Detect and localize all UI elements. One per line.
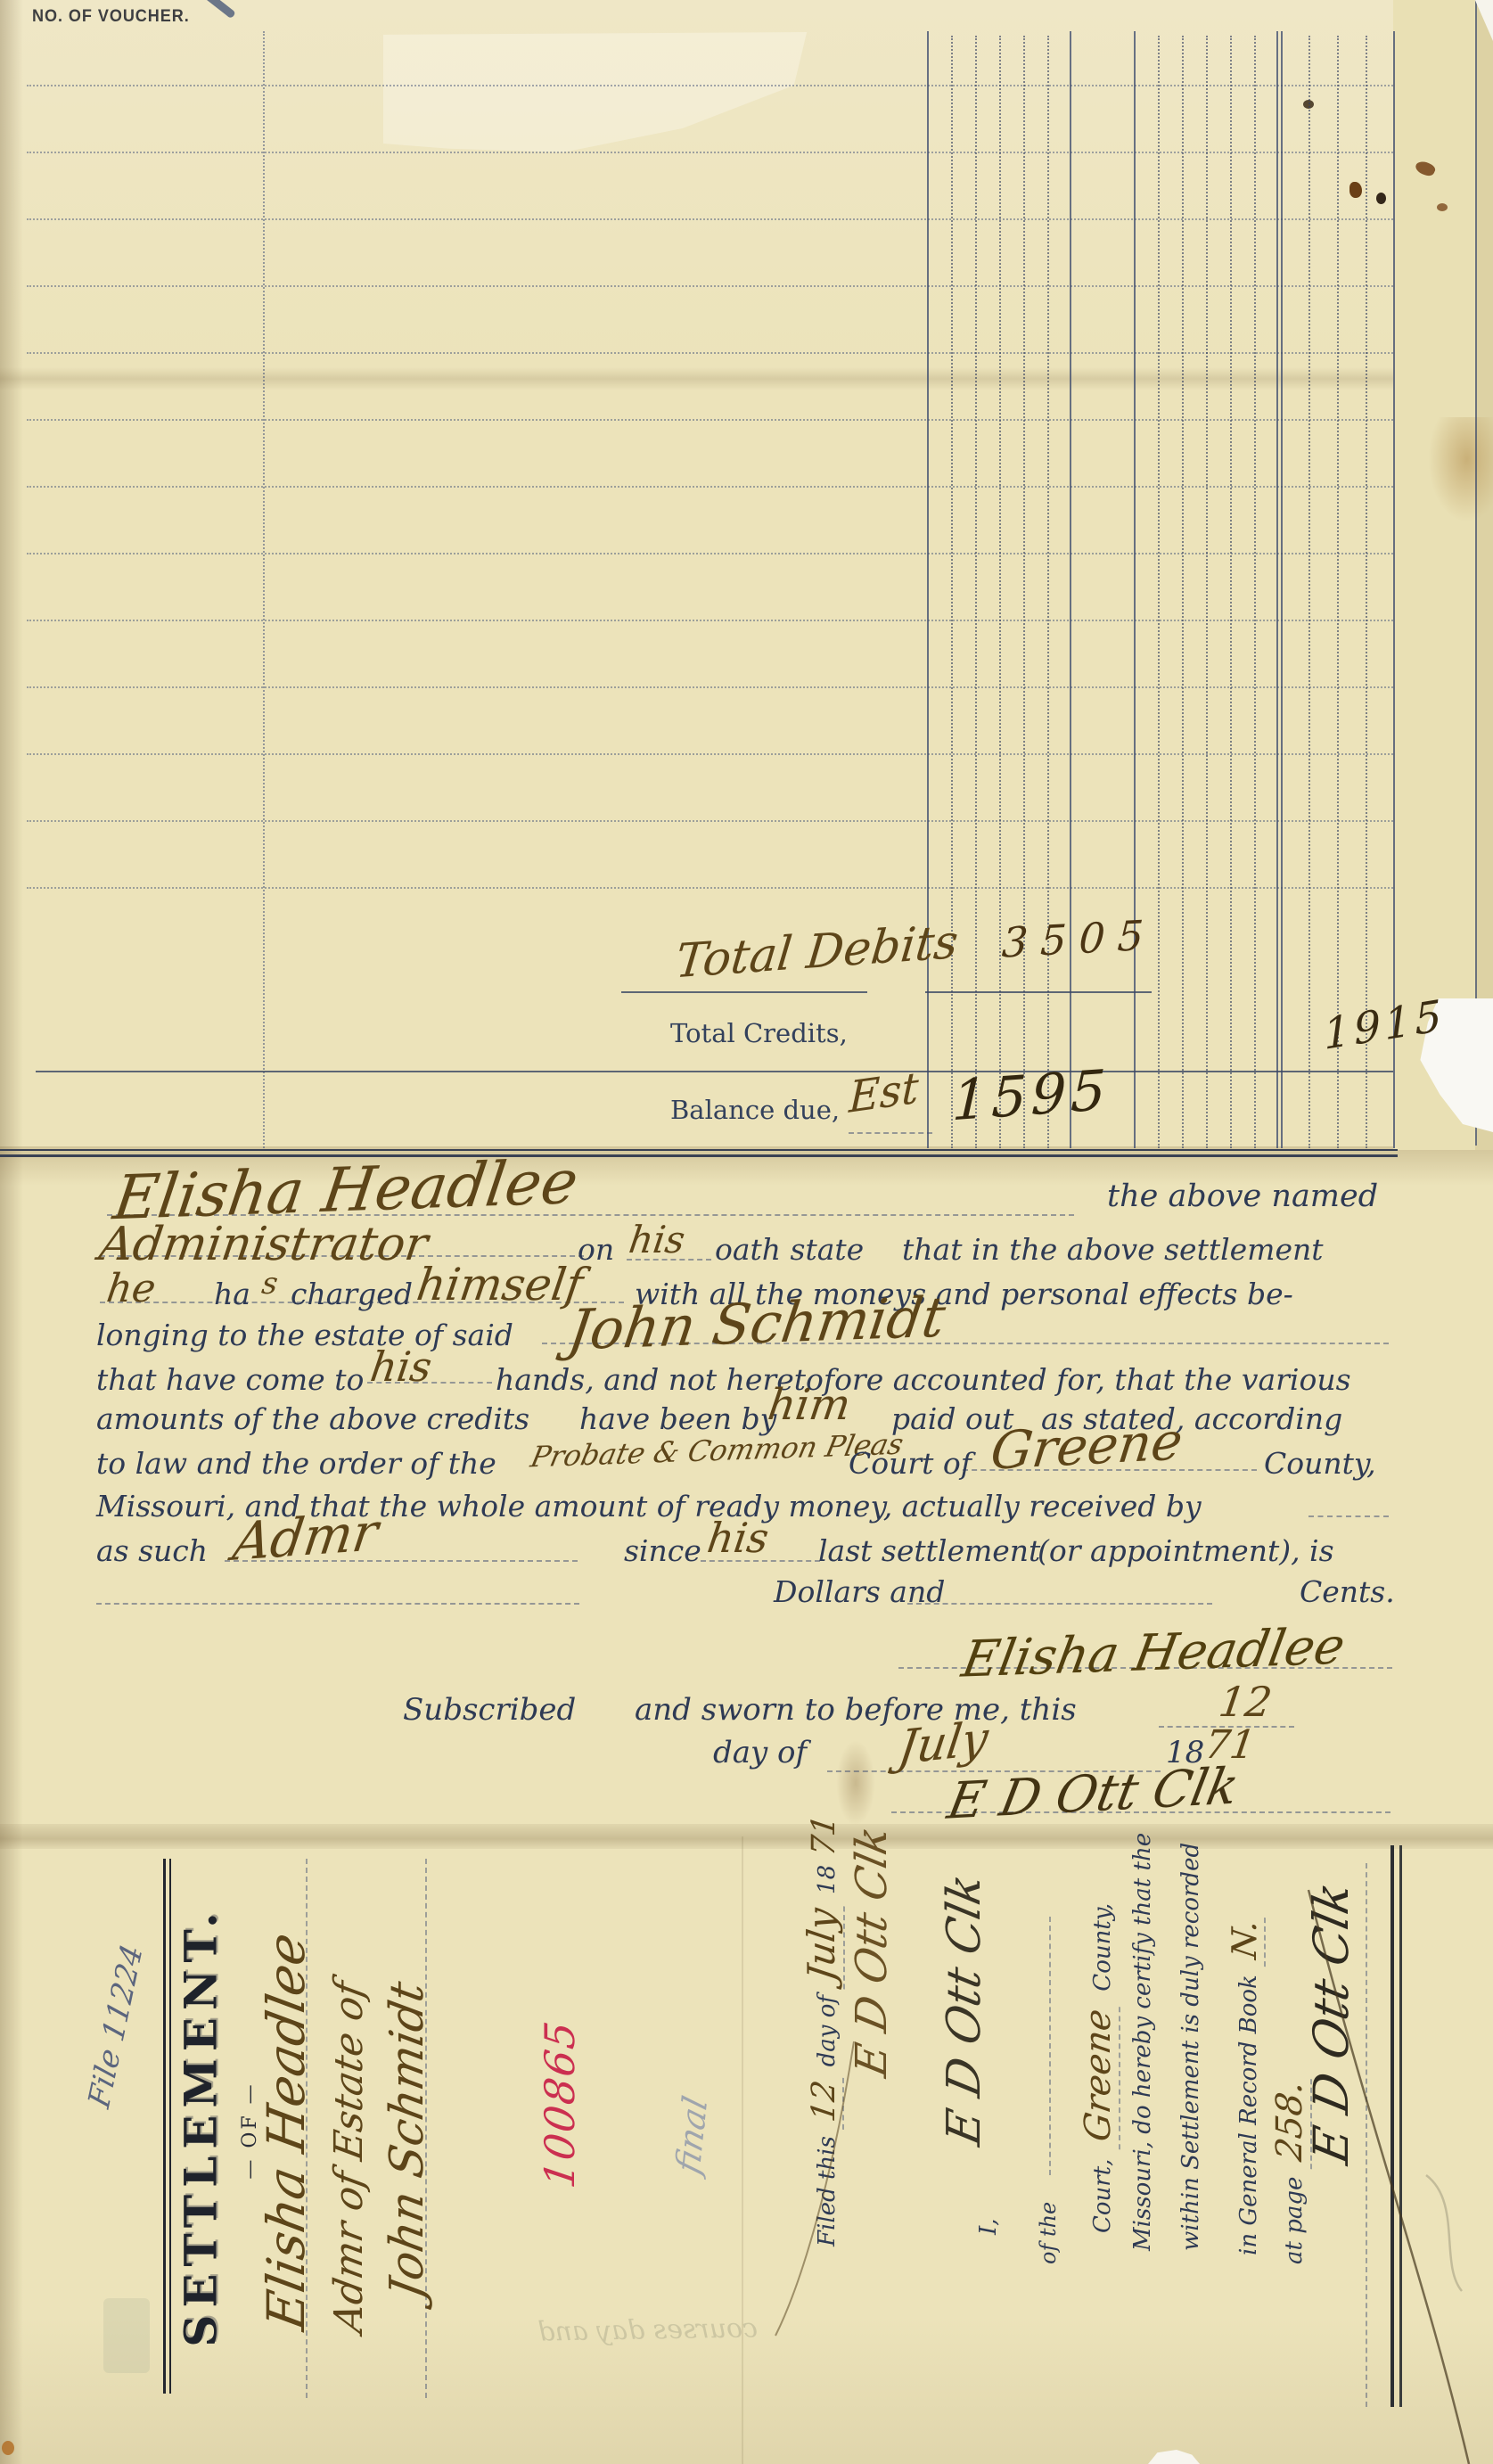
record-book-handwritten: N. — [1225, 1912, 1266, 1967]
affidavit-line7b: Court of — [849, 1446, 972, 1481]
amount-subcolumn-line — [999, 36, 1001, 1148]
cert-ofthe-print: of the — [1036, 2166, 1062, 2264]
sworn-line-1: Subscribed — [403, 1692, 576, 1728]
total-rule-line — [36, 1071, 1393, 1072]
section-double-rule — [0, 1149, 1398, 1151]
filed-middle-print: day of — [814, 1995, 841, 2066]
ledger-row-line — [27, 486, 1393, 488]
ledger-row-line — [27, 352, 1393, 354]
cert-final-signature: E D Ott Clk — [1303, 1839, 1366, 2209]
amount-subcolumn-line — [1206, 36, 1208, 1148]
file-number-handwritten: File 11224 — [78, 1920, 154, 2131]
total-debits-label-handwritten: Total Debits — [673, 916, 961, 990]
amount-subcolumn-line — [1158, 36, 1160, 1148]
himself-handwritten: himself — [414, 1259, 587, 1310]
clerk-signature: E D Ott Clk — [943, 1757, 1243, 1831]
cert-clerk-signature: E D Ott Clk — [938, 1835, 997, 2186]
fill-in-underline — [1308, 1515, 1389, 1517]
amount-subcolumn-line — [951, 36, 953, 1148]
affidavit-line6a: amounts of the above credits — [96, 1401, 529, 1436]
cert-court-print: Court, — [1089, 2159, 1116, 2233]
sworn-line-2: and sworn to before me, this — [635, 1692, 1077, 1728]
right-sheet-edge — [1475, 0, 1493, 1150]
amount-subcolumn-line — [1230, 36, 1232, 1148]
endorsement-title: SETTLEMENT. — [175, 1870, 237, 2383]
filed-clerk-signature: E D Ott Clk — [847, 1812, 904, 2092]
fill-in-underline — [96, 1603, 579, 1605]
balance-due-label: Balance due, — [670, 1095, 840, 1125]
endorsement-border-rule-b — [1399, 1845, 1402, 2407]
total-rule-line — [621, 991, 867, 993]
affidavit-line7a: to law and the order of the — [96, 1446, 496, 1481]
affidavit-line9d: (or appointment), is — [1038, 1533, 1334, 1568]
affidavit-signature: Elisha Headlee — [957, 1617, 1349, 1688]
amount-column-border — [1393, 31, 1395, 1148]
stain-speck-bottom-left — [2, 2441, 14, 2455]
affidavit-line5a: that have come to — [96, 1362, 364, 1397]
amount-subcolumn-line — [1308, 36, 1310, 1148]
amount-subcolumn-line — [1182, 36, 1184, 1148]
amount-column-border — [1070, 31, 1071, 1148]
amount-subcolumn-line — [1047, 36, 1049, 1148]
endorsement-writing-line — [1049, 1917, 1051, 2175]
ledger-row-line — [27, 820, 1393, 822]
affidavit-line6b: have been by — [579, 1401, 776, 1436]
total-credits-label: Total Credits, — [670, 1018, 848, 1048]
amount-subcolumn-line — [1337, 36, 1339, 1148]
red-stamp-number: 100865 — [536, 1993, 582, 2213]
role-handwritten: Administrator — [96, 1218, 431, 1271]
affidavit-line3b: charged — [291, 1277, 413, 1311]
role-2-handwritten: Admr — [229, 1501, 381, 1573]
ledger-row-line — [27, 620, 1393, 621]
bleedthrough-text: courses day and — [383, 2312, 759, 2354]
affidavit-line2b: oath state — [715, 1232, 864, 1267]
amount-subcolumn-line — [1254, 36, 1256, 1148]
amount-subcolumn-line — [1023, 36, 1025, 1148]
amount-column-border — [1281, 31, 1283, 1148]
total-debits-amount: 3505 — [1001, 910, 1158, 966]
vertical-crease-bottom — [742, 1836, 743, 2464]
ledger-row-line — [27, 285, 1393, 287]
ledger-row-line — [27, 152, 1393, 153]
stain-speck-2 — [1376, 193, 1386, 204]
cert-line2-print: Missouri, do hereby certify that the — [1129, 1841, 1160, 2251]
inserted-s-handwritten: s — [259, 1266, 280, 1302]
stain-tan-right — [1428, 417, 1493, 522]
endorsement-party-handwritten: Elisha Headlee — [256, 1877, 318, 2386]
cert-i-print: I, — [975, 2190, 1004, 2235]
scanned-settlement-document: NO. OF VOUCHER. Total Debits 3505 Total … — [0, 0, 1493, 2464]
affidavit-line9b: since — [624, 1533, 701, 1568]
county-name-handwritten: Greene — [988, 1410, 1186, 1482]
filed-year-handwritten: 71 — [806, 1812, 842, 1859]
filed-prefix-print: Filed this — [814, 2136, 841, 2246]
affidavit-line7c: County, — [1264, 1446, 1376, 1481]
cert-county-print: County, — [1089, 1903, 1116, 1992]
left-edge-shadow — [0, 0, 23, 2464]
fill-in-underline — [849, 1132, 932, 1134]
sheet-edge-line — [1475, 0, 1477, 1146]
endorsement-role-handwritten: Admr of Estate of — [326, 1903, 376, 2411]
cert-line4-print: in General Record Book — [1235, 1975, 1262, 2255]
filed-line: Filed this 12 day of July 18 71 — [800, 1854, 841, 2246]
filed-day-handwritten: 12 — [806, 2073, 844, 2130]
fold-crease — [0, 367, 1493, 390]
section-double-rule — [0, 1154, 1398, 1157]
amount-column-border — [1134, 31, 1136, 1148]
sworn-day-handwritten: 12 — [1216, 1678, 1275, 1726]
pencil-note-handwritten: final — [665, 2054, 719, 2215]
him-handwritten: him — [765, 1380, 854, 1430]
month-handwritten: July — [895, 1712, 991, 1776]
stain-speck-4 — [1437, 203, 1448, 211]
endorsement-estate-handwritten: John Schmidt — [381, 1895, 436, 2386]
filed-month-handwritten: July — [800, 1900, 845, 1989]
voucher-column-line — [263, 31, 265, 1148]
fill-in-underline — [907, 1603, 1212, 1605]
affidavit-line9a: as such — [96, 1533, 208, 1568]
cert-page-line: at page 258. — [1269, 2050, 1305, 2264]
balance-due-amount: 1595 — [951, 1057, 1112, 1134]
cert-court-line: Court, Greene County, — [1078, 1850, 1110, 2233]
filed-year-print: 18 — [814, 1865, 841, 1894]
amount-column-border — [927, 31, 929, 1148]
stain-smudge-clerk — [836, 1740, 875, 1826]
his-3-handwritten: his — [704, 1514, 772, 1562]
ledger-row-line — [27, 419, 1393, 421]
endorsement-border-rule-a — [1390, 1845, 1394, 2407]
affidavit-line2c: that in the above settlement — [902, 1232, 1324, 1267]
title-double-rule-a — [163, 1859, 166, 2394]
affidavit-line1-print: the above named — [1107, 1179, 1378, 1214]
ledger-row-line — [27, 553, 1393, 554]
amount-subcolumn-line — [1366, 36, 1367, 1148]
ledger-row-line — [27, 887, 1393, 889]
he-handwritten: he — [103, 1266, 159, 1311]
balance-due-annotation: Est — [848, 1063, 919, 1123]
affidavit-line4: longing to the estate of said — [96, 1318, 513, 1352]
fold-band-lower — [0, 1824, 1493, 1849]
ledger-row-line — [27, 218, 1393, 220]
ledger-row-line — [27, 85, 1393, 86]
affidavit-line10b: Cents. — [1300, 1574, 1395, 1609]
ledger-row-line — [27, 686, 1393, 688]
bleedthrough-stamp — [103, 2298, 150, 2373]
affidavit-line3a: ha — [214, 1277, 250, 1311]
ledger-row-line — [27, 753, 1393, 755]
affidavit-line9c: last settlement — [818, 1533, 1040, 1568]
estate-name-handwritten: John Schmidt — [564, 1284, 949, 1362]
affidavit-line10a: Dollars and — [774, 1574, 945, 1609]
his-2-handwritten: his — [367, 1343, 435, 1391]
amount-subcolumn-line — [975, 36, 977, 1148]
affidavit-line5b: hands, and not heretofore accounted for,… — [496, 1362, 1351, 1397]
cert-county-handwritten: Greene — [1078, 2000, 1120, 2149]
total-rule-line — [925, 991, 1152, 993]
voucher-column-header: NO. OF VOUCHER. — [32, 7, 190, 27]
his-1-handwritten: his — [627, 1218, 688, 1261]
cert-record-book-line: in General Record Book N. — [1225, 1845, 1260, 2255]
amount-column-border — [1276, 31, 1278, 1148]
day-of-print: day of — [713, 1735, 807, 1770]
title-double-rule-b — [169, 1859, 171, 2394]
cert-line3-print: within Settlement is duly recorded — [1177, 1841, 1208, 2251]
stain-speck-1 — [1349, 182, 1362, 198]
endorsement-writing-line — [1366, 1863, 1367, 2407]
